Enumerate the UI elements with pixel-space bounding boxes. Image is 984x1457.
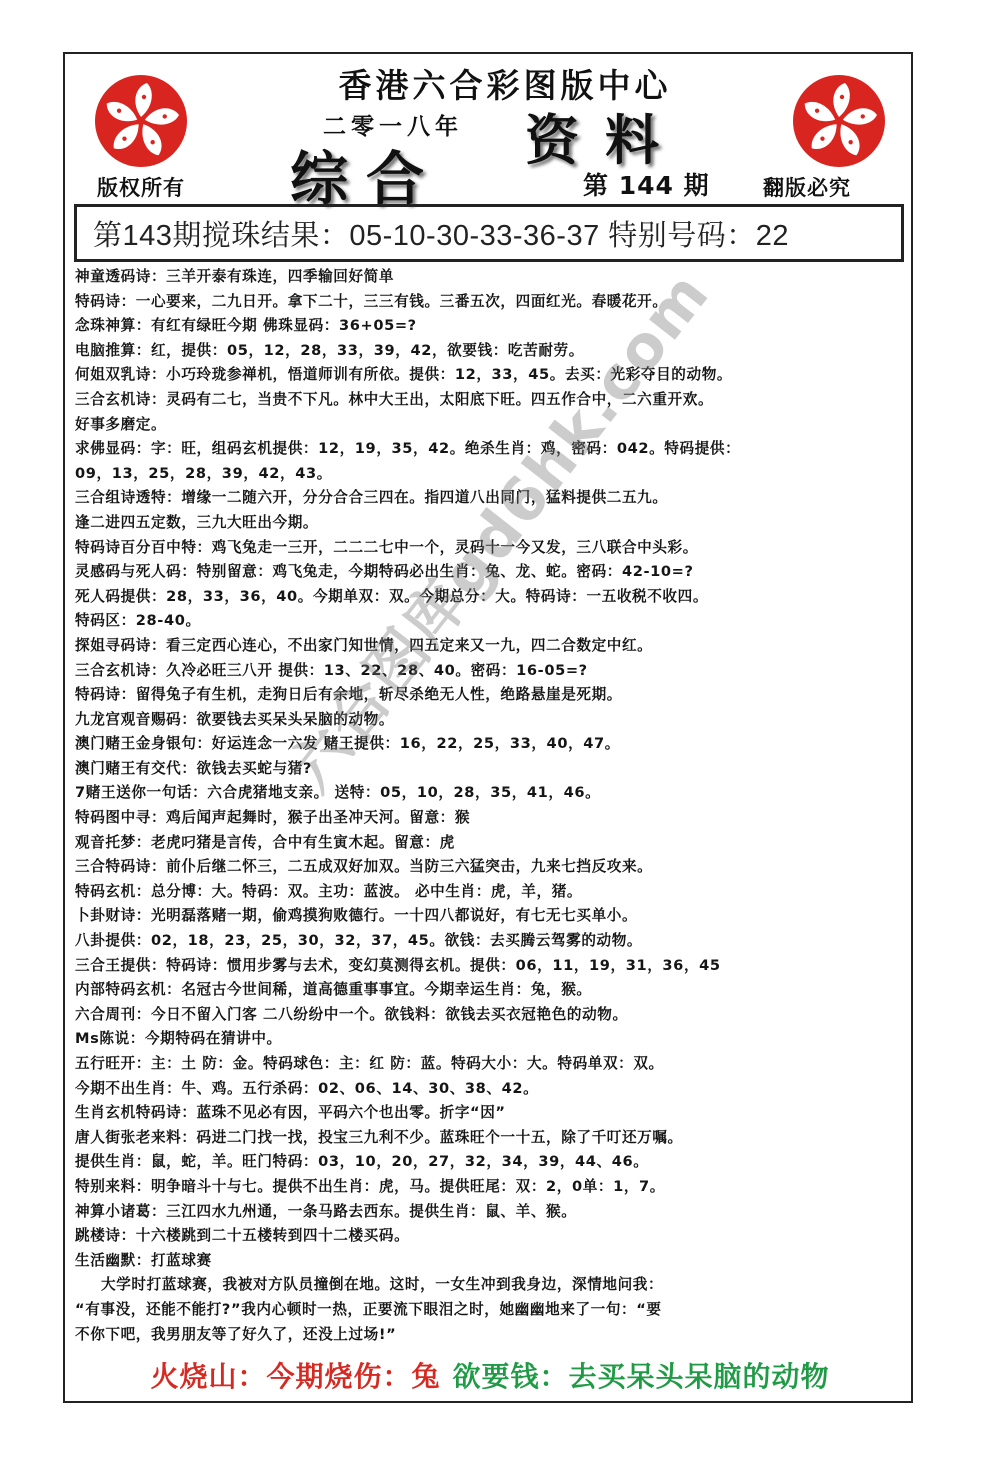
bauhinia-emblem-left	[95, 75, 187, 167]
content-line: 特码诗：留得兔子有生机，走狗日后有余地，斩尽杀绝无人性，绝路悬崖是死期。	[75, 683, 910, 708]
content-line: 不你下吧，我男朋友等了好久了，还没上过场!”	[75, 1323, 910, 1348]
content-line: Ms陈说：今期特码在猜讲中。	[75, 1027, 910, 1052]
content-line: 五行旺开：主：土 防：金。特码球色：主：红 防：蓝。特码大小：大。特码单双：双。	[75, 1052, 910, 1077]
content-line: 观音托梦：老虎叼猪是言传，合中有生寅木起。留意：虎	[75, 831, 910, 856]
content-line: 死人码提供：28，33，36，40。今期单双：双。今期总分：大。特码诗：一五收税…	[75, 585, 910, 610]
content-line: 特码诗：一心要来，二九日开。拿下二十，三三有钱。三番五次，四面红光。春暖花开。	[75, 290, 910, 315]
content-line: 八卦提供：02，18，23，25，30，32，37，45。欲钱：去买腾云驾雾的动…	[75, 929, 910, 954]
content-line: 神算小诸葛：三江四水九州通，一条马路去西东。提供生肖：鼠、羊、猴。	[75, 1200, 910, 1225]
content-line: 内部特码玄机：名冠古今世间稀，道高德重事事宜。今期幸运生肖：兔，猴。	[75, 978, 910, 1003]
content-line: 特码诗百分百中特：鸡飞兔走一三开，二二二七中一个，灵码十一今又发，三八联合中头彩…	[75, 536, 910, 561]
content-line: 澳门赌王金身银句：好运连念一六发 赌王提供：16，22，25，33，40，47。	[75, 732, 910, 757]
issue-number: 第 144 期	[583, 166, 710, 202]
header-main-title-2: 资料	[525, 98, 685, 175]
content-line: 探姐寻码诗：看三定西心连心，不出家门知世情，四五定来又一九，四二合数定中红。	[75, 634, 910, 659]
content-line: 今期不出生肖：牛、鸡。五行杀码：02、06、14、30、38、42。	[75, 1077, 910, 1102]
content-line: 三合特码诗：前仆后继二怀三，二五成双好加双。当防三六猛突击，九来七挡反攻来。	[75, 855, 910, 880]
draw-result-text: 第143期搅珠结果：05-10-30-33-36-37 特别号码：22	[93, 213, 789, 254]
bauhinia-emblem-right	[793, 75, 885, 167]
document-sheet: 版权所有 翻版必究 香港六合彩图版中心 二零一八年 资料 综合 第 144 期 …	[63, 52, 913, 1403]
content-line: 生活幽默：打蓝球赛	[75, 1249, 910, 1274]
content-line: 大学时打蓝球赛，我被对方队员撞倒在地。这时，一女生冲到我身边，深情地问我：	[75, 1273, 910, 1298]
bauhinia-flower-icon	[793, 75, 885, 167]
content-line: 求佛显码：字：旺，组码玄机提供：12，19，35，42。绝杀生肖：鸡，密码：04…	[75, 437, 910, 462]
content-line: 灵感码与死人码：特别留意：鸡飞兔走，今期特码必出生肖：兔、龙、蛇。密码：42-1…	[75, 560, 910, 585]
content-line: 09，13，25，28，39，42，43。	[75, 462, 910, 487]
draw-result-box: 第143期搅珠结果：05-10-30-33-36-37 特别号码：22	[74, 204, 904, 262]
content-line: “有事没，还能不能打?”我内心顿时一热，正要流下眼泪之时，她幽幽地来了一句：“要	[75, 1298, 910, 1323]
footer-green-text: 欲要钱：去买呆头呆脑的动物	[453, 1355, 830, 1395]
content-line: 特码图中寻：鸡后闻声起舞时，猴子出圣冲天河。留意：猴	[75, 806, 910, 831]
content-line: 九龙宫观音赐码：欲要钱去买呆头呆脑的动物。	[75, 708, 910, 733]
content-line: 特别来料：明争暗斗十与七。提供不出生肖：虎，马。提供旺尾：双：2，0单：1，7。	[75, 1175, 910, 1200]
content-line: 卜卦财诗：光明磊落赌一期，偷鸡摸狗败德行。一十四八都说好，有七无七买单小。	[75, 904, 910, 929]
content-line: 逢二进四五定数，三九大旺出今期。	[75, 511, 910, 536]
content-line: 念珠神算：有红有绿旺今期 佛珠显码：36+05=?	[75, 314, 910, 339]
bauhinia-flower-icon	[95, 75, 187, 167]
content-line: 唐人街张老来料：码进二门找一找，投宝三九利不少。蓝珠旺个一十五，除了千叮还万嘱。	[75, 1126, 910, 1151]
content-line: 跳楼诗：十六楼跳到二十五楼转到四十二楼买码。	[75, 1224, 910, 1249]
content-line: 7赌王送你一句话：六合虎猪地支亲。 送特：05，10，28，35，41，46。	[75, 781, 910, 806]
content-line: 神童透码诗：三羊开泰有珠连，四季输回好简单	[75, 265, 910, 290]
footer-red-text: 火烧山：今期烧伤：兔	[150, 1355, 440, 1395]
content-line: 特码区：28-40。	[75, 609, 910, 634]
content-line: 六合周刊：今日不留入门客 二八纷纷中一个。欲钱料：欲钱去买衣冠艳色的动物。	[75, 1003, 910, 1028]
content-line: 生肖玄机特码诗：蓝珠不见必有因，平码六个也出零。折字“因”	[75, 1101, 910, 1126]
content-line: 三合组诗透特：增缘一二随六开，分分合合三四在。指四道八出同门，猛料提供二五九。	[75, 486, 910, 511]
content-lines: 神童透码诗：三羊开泰有珠连，四季输回好简单 特码诗：一心要来，二九日开。拿下二十…	[75, 265, 910, 1347]
content-line: 三合王提供：特码诗：惯用步雾与去术，变幻莫测得玄机。提供：06，11，19，31…	[75, 954, 910, 979]
content-line: 何姐双乳诗：小巧玲珑参禅机，悟道师训有所依。提供：12，33，45。去买：光彩夺…	[75, 363, 910, 388]
content-line: 澳门赌王有交代：欲钱去买蛇与猪?	[75, 757, 910, 782]
content-line: 特码玄机：总分博：大。特码：双。主功：蓝波。 必中生肖：虎，羊，猪。	[75, 880, 910, 905]
content-line: 好事多磨定。	[75, 413, 910, 438]
content-line: 三合玄机诗：久冷必旺三八开 提供：13、22、28、40。密码：16-05=?	[75, 659, 910, 684]
copyright-label: 版权所有	[97, 172, 185, 202]
content-line: 电脑推算：红，提供：05，12，28，33，39，42，欲要钱：吃苦耐劳。	[75, 339, 910, 364]
footer-banner: 火烧山：今期烧伤：兔 欲要钱：去买呆头呆脑的动物	[77, 1354, 903, 1396]
no-reprint-label: 翻版必究	[763, 172, 851, 202]
content-line: 提供生肖：鼠，蛇，羊。旺门特码：03，10，20，27，32，34，39，44、…	[75, 1150, 910, 1175]
content-line: 三合玄机诗：灵码有二七，当贵不下凡。林中大王出，太阳底下旺。四五作合中，二六重开…	[75, 388, 910, 413]
